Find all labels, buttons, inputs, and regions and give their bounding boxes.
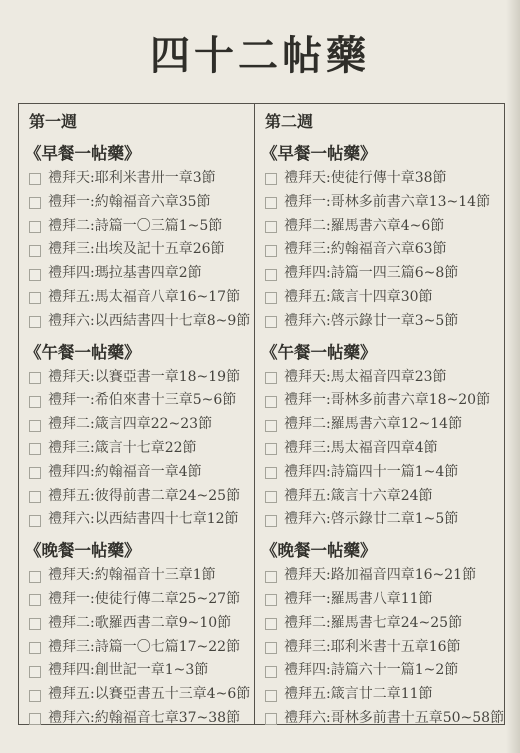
- reading-text: 禮拜三:約翰福音六章63節: [284, 238, 447, 262]
- reading-item: 禮拜一:羅馬書八章11節: [265, 588, 502, 612]
- reading-text: 禮拜三:箴言十七章22節: [48, 437, 197, 461]
- reading-text: 禮拜二:羅馬書六章12~14節: [284, 413, 462, 437]
- reading-item: 禮拜一:哥林多前書六章18~20節: [265, 389, 502, 413]
- checkbox[interactable]: [265, 467, 277, 479]
- reading-text: 禮拜二:歌羅西書二章9~10節: [48, 612, 231, 636]
- checkbox[interactable]: [265, 420, 277, 432]
- week-column-1: 第一週 《早餐一帖藥》 禮拜天:耶利米書卅一章3節 禮拜一:約翰福音六章35節 …: [19, 104, 254, 724]
- section-header: 《晚餐一帖藥》: [261, 538, 502, 564]
- reading-text: 禮拜二:詩篇一〇三篇1~5節: [48, 215, 222, 239]
- reading-item: 禮拜五:彼得前書二章24~25節: [29, 485, 252, 509]
- reading-item: 禮拜二:箴言四章22~23節: [29, 413, 252, 437]
- checkbox[interactable]: [265, 713, 277, 725]
- reading-text: 禮拜四:詩篇一四三篇6~8節: [284, 262, 458, 286]
- reading-item: 禮拜三:詩篇一〇七篇17~22節: [29, 636, 252, 660]
- checkbox[interactable]: [265, 666, 277, 678]
- section-header: 《午餐一帖藥》: [261, 340, 502, 366]
- reading-item: 禮拜三:約翰福音六章63節: [265, 238, 502, 262]
- checkbox[interactable]: [29, 443, 41, 455]
- checkbox[interactable]: [29, 245, 41, 257]
- checkbox[interactable]: [265, 221, 277, 233]
- reading-text: 禮拜二:箴言四章22~23節: [48, 413, 212, 437]
- reading-text: 禮拜一:約翰福音六章35節: [48, 191, 211, 215]
- reading-item: 禮拜天:耶利米書卅一章3節: [29, 167, 252, 191]
- checkbox[interactable]: [265, 292, 277, 304]
- section-lunch: 《午餐一帖藥》 禮拜天:馬太福音四章23節 禮拜一:哥林多前書六章18~20節 …: [265, 340, 502, 533]
- checkbox[interactable]: [265, 642, 277, 654]
- section-header: 《早餐一帖藥》: [261, 141, 502, 167]
- reading-plan-table: 第一週 《早餐一帖藥》 禮拜天:耶利米書卅一章3節 禮拜一:約翰福音六章35節 …: [18, 103, 505, 725]
- reading-text: 禮拜四:約翰福音一章4節: [48, 461, 202, 485]
- reading-item: 禮拜天:以賽亞書一章18~19節: [29, 366, 252, 390]
- reading-text: 禮拜四:創世記一章1~3節: [48, 659, 208, 683]
- checkbox[interactable]: [29, 269, 41, 281]
- reading-item: 禮拜六:以西結書四十七章8~9節: [29, 310, 252, 334]
- checkbox[interactable]: [265, 316, 277, 328]
- reading-text: 禮拜二:羅馬書六章4~6節: [284, 215, 444, 239]
- section-header: 《早餐一帖藥》: [25, 141, 252, 167]
- checkbox[interactable]: [265, 443, 277, 455]
- checkbox[interactable]: [265, 594, 277, 606]
- reading-item: 禮拜天:約翰福音十三章1節: [29, 564, 252, 588]
- reading-item: 禮拜天:使徒行傳十章38節: [265, 167, 502, 191]
- week-column-2: 第二週 《早餐一帖藥》 禮拜天:使徒行傳十章38節 禮拜一:哥林多前書六章13~…: [254, 104, 504, 724]
- reading-text: 禮拜三:馬太福音四章4節: [284, 437, 438, 461]
- checkbox[interactable]: [265, 396, 277, 408]
- reading-text: 禮拜一:使徒行傳二章25~27節: [48, 588, 240, 612]
- reading-item: 禮拜三:馬太福音四章4節: [265, 437, 502, 461]
- reading-item: 禮拜六:約翰福音七章37~38節: [29, 707, 252, 731]
- checkbox[interactable]: [29, 197, 41, 209]
- reading-item: 禮拜五:箴言十四章30節: [265, 286, 502, 310]
- checkbox[interactable]: [29, 372, 41, 384]
- checkbox[interactable]: [29, 713, 41, 725]
- reading-item: 禮拜三:出埃及記十五章26節: [29, 238, 252, 262]
- reading-text: 禮拜天:約翰福音十三章1節: [48, 564, 216, 588]
- checkbox[interactable]: [29, 571, 41, 583]
- reading-item: 禮拜四:約翰福音一章4節: [29, 461, 252, 485]
- reading-text: 禮拜天:馬太福音四章23節: [284, 366, 447, 390]
- reading-text: 禮拜四:瑪拉基書四章2節: [48, 262, 202, 286]
- reading-item: 禮拜六:啓示錄廿一章3~5節: [265, 310, 502, 334]
- section-breakfast: 《早餐一帖藥》 禮拜天:使徒行傳十章38節 禮拜一:哥林多前書六章13~14節 …: [265, 141, 502, 334]
- reading-item: 禮拜二:羅馬書七章24~25節: [265, 612, 502, 636]
- reading-text: 禮拜天:以賽亞書一章18~19節: [48, 366, 240, 390]
- checkbox[interactable]: [29, 690, 41, 702]
- reading-text: 禮拜五:馬太福音八章16~17節: [48, 286, 240, 310]
- reading-text: 禮拜五:箴言十四章30節: [284, 286, 433, 310]
- week-label: 第二週: [265, 111, 502, 135]
- checkbox[interactable]: [265, 690, 277, 702]
- reading-text: 禮拜四:詩篇六十一篇1~2節: [284, 659, 458, 683]
- reading-text: 禮拜六:啓示錄廿一章3~5節: [284, 310, 458, 334]
- checkbox[interactable]: [29, 515, 41, 527]
- checkbox[interactable]: [29, 618, 41, 630]
- checkbox[interactable]: [29, 420, 41, 432]
- checkbox[interactable]: [29, 642, 41, 654]
- reading-item: 禮拜二:羅馬書六章4~6節: [265, 215, 502, 239]
- reading-text: 禮拜四:詩篇四十一篇1~4節: [284, 461, 458, 485]
- checkbox[interactable]: [29, 594, 41, 606]
- reading-text: 禮拜一:哥林多前書六章13~14節: [284, 191, 490, 215]
- section-header: 《午餐一帖藥》: [25, 340, 252, 366]
- reading-text: 禮拜五:箴言十六章24節: [284, 485, 433, 509]
- checkbox[interactable]: [29, 221, 41, 233]
- section-header: 《晚餐一帖藥》: [25, 538, 252, 564]
- checkbox[interactable]: [265, 515, 277, 527]
- section-dinner: 《晚餐一帖藥》 禮拜天:路加福音四章16~21節 禮拜一:羅馬書八章11節 禮拜…: [265, 538, 502, 731]
- section-lunch: 《午餐一帖藥》 禮拜天:以賽亞書一章18~19節 禮拜一:希伯來書十三章5~6節…: [29, 340, 252, 533]
- reading-item: 禮拜二:詩篇一〇三篇1~5節: [29, 215, 252, 239]
- reading-item: 禮拜五:箴言十六章24節: [265, 485, 502, 509]
- reading-item: 禮拜四:詩篇四十一篇1~4節: [265, 461, 502, 485]
- checkbox[interactable]: [29, 666, 41, 678]
- reading-item: 禮拜天:馬太福音四章23節: [265, 366, 502, 390]
- reading-item: 禮拜一:希伯來書十三章5~6節: [29, 389, 252, 413]
- reading-text: 禮拜二:羅馬書七章24~25節: [284, 612, 462, 636]
- reading-item: 禮拜六:哥林多前書十五章50~58節: [265, 707, 502, 731]
- reading-text: 禮拜一:哥林多前書六章18~20節: [284, 389, 490, 413]
- reading-text: 禮拜三:出埃及記十五章26節: [48, 238, 225, 262]
- reading-item: 禮拜六:啓示錄廿二章1~5節: [265, 508, 502, 532]
- checkbox[interactable]: [265, 571, 277, 583]
- reading-item: 禮拜二:歌羅西書二章9~10節: [29, 612, 252, 636]
- checkbox[interactable]: [265, 269, 277, 281]
- checkbox[interactable]: [29, 292, 41, 304]
- checkbox[interactable]: [29, 316, 41, 328]
- reading-item: 禮拜一:約翰福音六章35節: [29, 191, 252, 215]
- reading-item: 禮拜一:使徒行傳二章25~27節: [29, 588, 252, 612]
- reading-text: 禮拜五:以賽亞書五十三章4~6節: [48, 683, 250, 707]
- reading-item: 禮拜四:詩篇一四三篇6~8節: [265, 262, 502, 286]
- reading-item: 禮拜三:耶利米書十五章16節: [265, 636, 502, 660]
- checkbox[interactable]: [29, 491, 41, 503]
- reading-item: 禮拜四:詩篇六十一篇1~2節: [265, 659, 502, 683]
- scan-edge-shadow: [506, 0, 520, 753]
- reading-item: 禮拜三:箴言十七章22節: [29, 437, 252, 461]
- reading-text: 禮拜六:約翰福音七章37~38節: [48, 707, 240, 731]
- reading-item: 禮拜五:以賽亞書五十三章4~6節: [29, 683, 252, 707]
- checkbox[interactable]: [265, 618, 277, 630]
- week-label: 第一週: [29, 111, 252, 135]
- reading-text: 禮拜一:羅馬書八章11節: [284, 588, 433, 612]
- reading-text: 禮拜五:箴言廿二章11節: [284, 683, 433, 707]
- checkbox[interactable]: [265, 173, 277, 185]
- reading-text: 禮拜六:以西結書四十七章12節: [48, 508, 239, 532]
- reading-item: 禮拜四:創世記一章1~3節: [29, 659, 252, 683]
- checkbox[interactable]: [265, 197, 277, 209]
- reading-item: 禮拜五:馬太福音八章16~17節: [29, 286, 252, 310]
- reading-item: 禮拜二:羅馬書六章12~14節: [265, 413, 502, 437]
- reading-item: 禮拜天:路加福音四章16~21節: [265, 564, 502, 588]
- reading-text: 禮拜六:以西結書四十七章8~9節: [48, 310, 250, 334]
- checkbox[interactable]: [265, 245, 277, 257]
- reading-text: 禮拜一:希伯來書十三章5~6節: [48, 389, 236, 413]
- section-breakfast: 《早餐一帖藥》 禮拜天:耶利米書卅一章3節 禮拜一:約翰福音六章35節 禮拜二:…: [29, 141, 252, 334]
- reading-text: 禮拜六:啓示錄廿二章1~5節: [284, 508, 458, 532]
- reading-text: 禮拜五:彼得前書二章24~25節: [48, 485, 240, 509]
- reading-text: 禮拜三:詩篇一〇七篇17~22節: [48, 636, 240, 660]
- reading-text: 禮拜天:使徒行傳十章38節: [284, 167, 447, 191]
- section-dinner: 《晚餐一帖藥》 禮拜天:約翰福音十三章1節 禮拜一:使徒行傳二章25~27節 禮…: [29, 538, 252, 731]
- reading-item: 禮拜一:哥林多前書六章13~14節: [265, 191, 502, 215]
- checkbox[interactable]: [265, 372, 277, 384]
- reading-item: 禮拜五:箴言廿二章11節: [265, 683, 502, 707]
- checkbox[interactable]: [29, 396, 41, 408]
- reading-text: 禮拜天:路加福音四章16~21節: [284, 564, 476, 588]
- reading-text: 禮拜天:耶利米書卅一章3節: [48, 167, 216, 191]
- reading-item: 禮拜四:瑪拉基書四章2節: [29, 262, 252, 286]
- reading-item: 禮拜六:以西結書四十七章12節: [29, 508, 252, 532]
- checkbox[interactable]: [265, 491, 277, 503]
- checkbox[interactable]: [29, 467, 41, 479]
- reading-text: 禮拜六:哥林多前書十五章50~58節: [284, 707, 504, 731]
- page-title: 四十二帖藥: [0, 24, 520, 81]
- checkbox[interactable]: [29, 173, 41, 185]
- reading-text: 禮拜三:耶利米書十五章16節: [284, 636, 461, 660]
